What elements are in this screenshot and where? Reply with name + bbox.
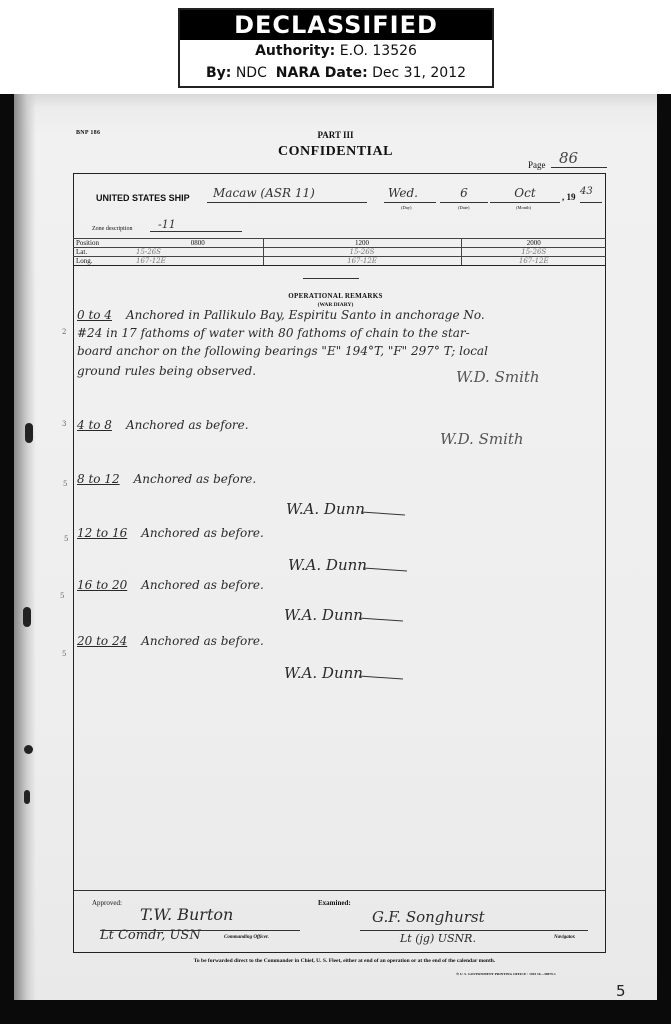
log-entry-line: ground rules being observed.: [77, 364, 256, 378]
declassified-stamp: DECLASSIFIED Authority: E.O. 13526 By: N…: [178, 8, 494, 88]
binder-hole: [24, 790, 30, 804]
page-number: 86: [551, 150, 607, 168]
day-caption: (Day): [401, 205, 412, 210]
month-field: Oct: [490, 186, 560, 203]
long-0800: 167-12E: [133, 257, 263, 266]
month-caption: (Month): [516, 205, 531, 210]
co-signature-line: [100, 930, 300, 931]
log-entry-line: #24 in 17 fathoms of water with 80 fatho…: [77, 326, 470, 340]
position-header-row: Position 0800 1200 2000: [73, 239, 606, 248]
zone-value: -11: [150, 219, 242, 232]
log-entry-line: 8 to 12Anchored as before.: [77, 472, 256, 486]
watch-period: 0 to 4: [77, 308, 112, 322]
time-header: 2000: [461, 239, 606, 248]
remarks-title: OPERATIONAL REMARKS: [0, 292, 671, 300]
long-2000: 167-12E: [461, 257, 606, 266]
binder-hole: [24, 745, 33, 754]
log-entry-line: 12 to 16Anchored as before.: [77, 526, 264, 540]
lat-0800: 15-26S: [133, 248, 263, 257]
date-field: 6: [440, 186, 488, 203]
officer-signature: W.D. Smith: [456, 368, 540, 386]
margin-mark: 5: [64, 535, 68, 543]
watch-period: 8 to 12: [77, 472, 120, 486]
log-entry-line: 20 to 24Anchored as before.: [77, 634, 264, 648]
margin-mark: 5: [63, 480, 67, 488]
year-field: 43: [580, 186, 602, 203]
navigator-signature-line: [360, 930, 588, 931]
officer-signature: W.A. Dunn: [284, 664, 403, 682]
nara-label: NARA Date:: [276, 65, 368, 81]
zone-label: Zone description: [92, 226, 133, 232]
position-table: Position 0800 1200 2000 Lat. 15-26S 15-2…: [73, 238, 606, 266]
section-rule: [303, 278, 359, 279]
officer-signature: W.A. Dunn: [286, 500, 405, 518]
log-entry-line: board anchor on the following bearings "…: [77, 344, 488, 358]
lat-2000: 15-26S: [461, 248, 606, 257]
authority-value: E.O. 13526: [340, 43, 417, 59]
officer-signature: W.A. Dunn: [284, 606, 403, 624]
printing-office-note: ☆ U. S. GOVERNMENT PRINTING OFFICE : 194…: [456, 972, 556, 976]
part-heading: PART III: [0, 130, 671, 140]
navigator-label: Navigator.: [554, 935, 576, 940]
margin-mark: 3: [62, 420, 66, 428]
examined-label: Examined:: [318, 899, 351, 907]
stamp-title: DECLASSIFIED: [180, 10, 492, 40]
page-edge-shadow: [14, 94, 36, 1000]
watch-period: 16 to 20: [77, 578, 127, 592]
log-entry-line: 4 to 8Anchored as before.: [77, 418, 249, 432]
examined-signature: G.F. Songhurst: [372, 908, 485, 926]
longitude-row: Long. 167-12E 167-12E 167-12E: [73, 257, 606, 266]
time-header: 0800: [133, 239, 263, 248]
by-label: By:: [206, 65, 231, 81]
forwarding-instruction: To be forwarded direct to the Commander …: [0, 958, 671, 964]
watch-period: 20 to 24: [77, 634, 127, 648]
long-1200: 167-12E: [263, 257, 461, 266]
page-label: Page: [528, 160, 546, 170]
position-header: Position: [73, 239, 133, 248]
signature-divider: [74, 890, 605, 891]
time-header: 1200: [263, 239, 461, 248]
approved-signature: T.W. Burton: [140, 905, 233, 924]
watch-period: 12 to 16: [77, 526, 127, 540]
margin-mark: 2: [62, 328, 66, 336]
margin-mark: 5: [60, 592, 64, 600]
stamp-authority: Authority: E.O. 13526: [180, 40, 492, 62]
stamp-by: By: NDC NARA Date: Dec 31, 2012: [180, 62, 492, 84]
nara-value: Dec 31, 2012: [372, 65, 466, 81]
officer-signature: W.D. Smith: [440, 430, 524, 448]
log-entry-line: 0 to 4Anchored in Pallikulo Bay, Espirit…: [77, 308, 485, 322]
log-entry-line: 16 to 20Anchored as before.: [77, 578, 264, 592]
date-caption: (Date): [458, 205, 470, 210]
binder-hole: [25, 423, 33, 443]
officer-signature: W.A. Dunn: [288, 556, 407, 574]
day-field: Wed.: [384, 186, 436, 203]
examined-rank: Lt (jg) USNR.: [400, 932, 476, 945]
sheet-number: 5: [616, 982, 626, 1000]
lat-1200: 15-26S: [263, 248, 461, 257]
row-label: Lat.: [73, 248, 133, 257]
authority-label: Authority:: [255, 43, 335, 59]
watch-period: 4 to 8: [77, 418, 112, 432]
by-value: NDC: [236, 65, 267, 81]
commanding-officer-label: Commanding Officer.: [224, 935, 269, 940]
year-prefix: , 19: [562, 192, 576, 202]
latitude-row: Lat. 15-26S 15-26S 15-26S: [73, 248, 606, 257]
ship-label: UNITED STATES SHIP: [96, 193, 190, 203]
row-label: Long.: [73, 257, 133, 266]
margin-mark: 5: [62, 650, 66, 658]
binder-hole: [23, 607, 31, 627]
approved-label: Approved:: [92, 899, 122, 907]
ship-name: Macaw (ASR 11): [207, 186, 367, 203]
